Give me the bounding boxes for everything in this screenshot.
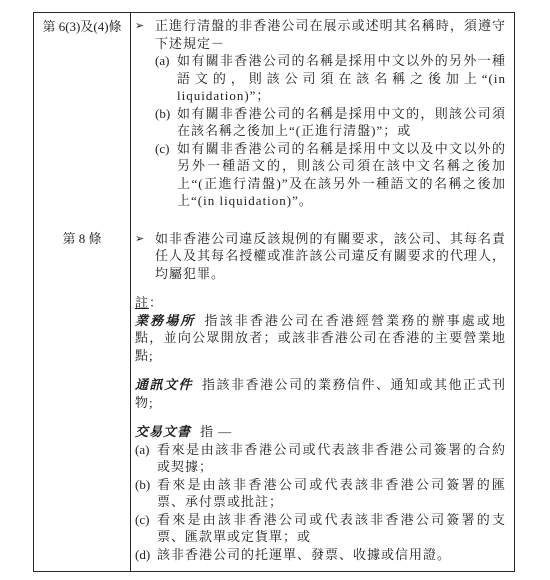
note-heading: 註： <box>135 294 506 312</box>
list-item-text: 如有關非香港公司的名稱是採用中文的，則該公司須在該名稱之後加上“(正進行清盤)”… <box>177 105 506 140</box>
list-item-text: 如有關非香港公司的名稱是採用中文以外的另外一種語文的，則該公司須在該名稱之後加上… <box>177 52 506 105</box>
arrow-bullet-icon: ➢ <box>135 230 155 283</box>
list-item-label: (a) <box>135 441 157 476</box>
list-item-text: 看來是由該非香港公司或代表該非香港公司簽署的合約或契據； <box>157 441 506 476</box>
list-item: (a) 如有關非香港公司的名稱是採用中文以外的另外一種語文的，則該公司須在該名稱… <box>155 52 506 105</box>
definition-term: 業務場所 <box>135 313 196 328</box>
list-item-text: 如有關非香港公司的名稱是採用中文以及中文以外的另外一種語文的，則該公司須在該中文… <box>177 140 506 210</box>
section-ref-cell: 第 6(3)及(4)條 <box>34 13 131 214</box>
note-heading-colon: ： <box>149 295 163 310</box>
bullet-intro-text: 如非香港公司違反該規例的有關要求，該公司、其每名責任人及其每名授權或准許該公司違… <box>155 230 506 283</box>
transaction-items-list: (a) 看來是由該非香港公司或代表該非香港公司簽署的合約或契據； (b) 看來是… <box>135 441 506 564</box>
list-item: (b) 如有關非香港公司的名稱是採用中文的，則該公司須在該名稱之後加上“(正進行… <box>155 105 506 140</box>
list-item: (c) 如有關非香港公司的名稱是採用中文以及中文以外的另外一種語文的，則該公司須… <box>155 140 506 210</box>
definition-paragraph: 交易文書指 — <box>135 423 506 441</box>
list-item: (a) 看來是由該非香港公司或代表該非香港公司簽署的合約或契據； <box>135 441 506 476</box>
definition-term: 交易文書 <box>135 424 191 439</box>
definition-text: 指 — <box>200 424 232 439</box>
arrow-bullet-icon: ➢ <box>135 17 155 210</box>
list-item-label: (c) <box>155 140 177 210</box>
bullet-content: 如非香港公司違反該規例的有關要求，該公司、其每名責任人及其每名授權或准許該公司違… <box>155 230 506 283</box>
list-item-label: (a) <box>155 52 177 105</box>
table-row: 第 6(3)及(4)條 ➢ 正進行清盤的非香港公司在展示或述明其名稱時，須遵守下… <box>34 13 514 214</box>
list-item-text: 看來是由該非香港公司或代表該非香港公司簽署的匯票、承付票或批註； <box>157 476 506 511</box>
bullet-intro-text: 正進行清盤的非香港公司在展示或述明其名稱時，須遵守下述規定－ <box>155 17 506 52</box>
list-item-label: (b) <box>155 105 177 140</box>
list-item-label: (b) <box>135 476 157 511</box>
provisions-table: 第 6(3)及(4)條 ➢ 正進行清盤的非香港公司在展示或述明其名稱時，須遵守下… <box>33 12 515 572</box>
table-row: 第 8 條 ➢ 如非香港公司違反該規例的有關要求，該公司、其每名責任人及其每名授… <box>34 214 514 572</box>
list-item: (d) 該非香港公司的托運單、發票、收據或信用證。 <box>135 546 506 564</box>
list-item-text: 該非香港公司的托運單、發票、收據或信用證。 <box>157 546 506 564</box>
list-item-label: (d) <box>135 546 157 564</box>
section-ref-cell: 第 8 條 <box>34 214 131 572</box>
list-item-text: 看來是由該非香港公司或代表該非香港公司簽署的支票、匯款單或定貨單；或 <box>157 511 506 546</box>
section-content-cell: ➢ 正進行清盤的非香港公司在展示或述明其名稱時，須遵守下述規定－ (a) 如有關… <box>131 13 514 214</box>
list-item-label: (c) <box>135 511 157 546</box>
list-item: (c) 看來是由該非香港公司或代表該非香港公司簽署的支票、匯款單或定貨單；或 <box>135 511 506 546</box>
definition-paragraph: 通訊文件指該非香港公司的業務信件、通知或其他正式刊物; <box>135 376 506 411</box>
section-ref-label: 第 6(3)及(4)條 <box>42 19 121 34</box>
list-item: (b) 看來是由該非香港公司或代表該非香港公司簽署的匯票、承付票或批註； <box>135 476 506 511</box>
section-ref-label: 第 8 條 <box>62 231 101 246</box>
definition-paragraph: 業務場所指該非香港公司在香港經營業務的辦事處或地點，並向公眾開放者；或該非香港公… <box>135 312 506 365</box>
note-heading-label: 註 <box>135 295 149 310</box>
definition-term: 通訊文件 <box>135 377 193 392</box>
section-content-cell: ➢ 如非香港公司違反該規例的有關要求，該公司、其每名責任人及其每名授權或准許該公… <box>131 214 514 572</box>
bullet-block: ➢ 正進行清盤的非香港公司在展示或述明其名稱時，須遵守下述規定－ (a) 如有關… <box>135 17 506 210</box>
bullet-block: ➢ 如非香港公司違反該規例的有關要求，該公司、其每名責任人及其每名授權或准許該公… <box>135 230 506 283</box>
bullet-content: 正進行清盤的非香港公司在展示或述明其名稱時，須遵守下述規定－ (a) 如有關非香… <box>155 17 506 210</box>
